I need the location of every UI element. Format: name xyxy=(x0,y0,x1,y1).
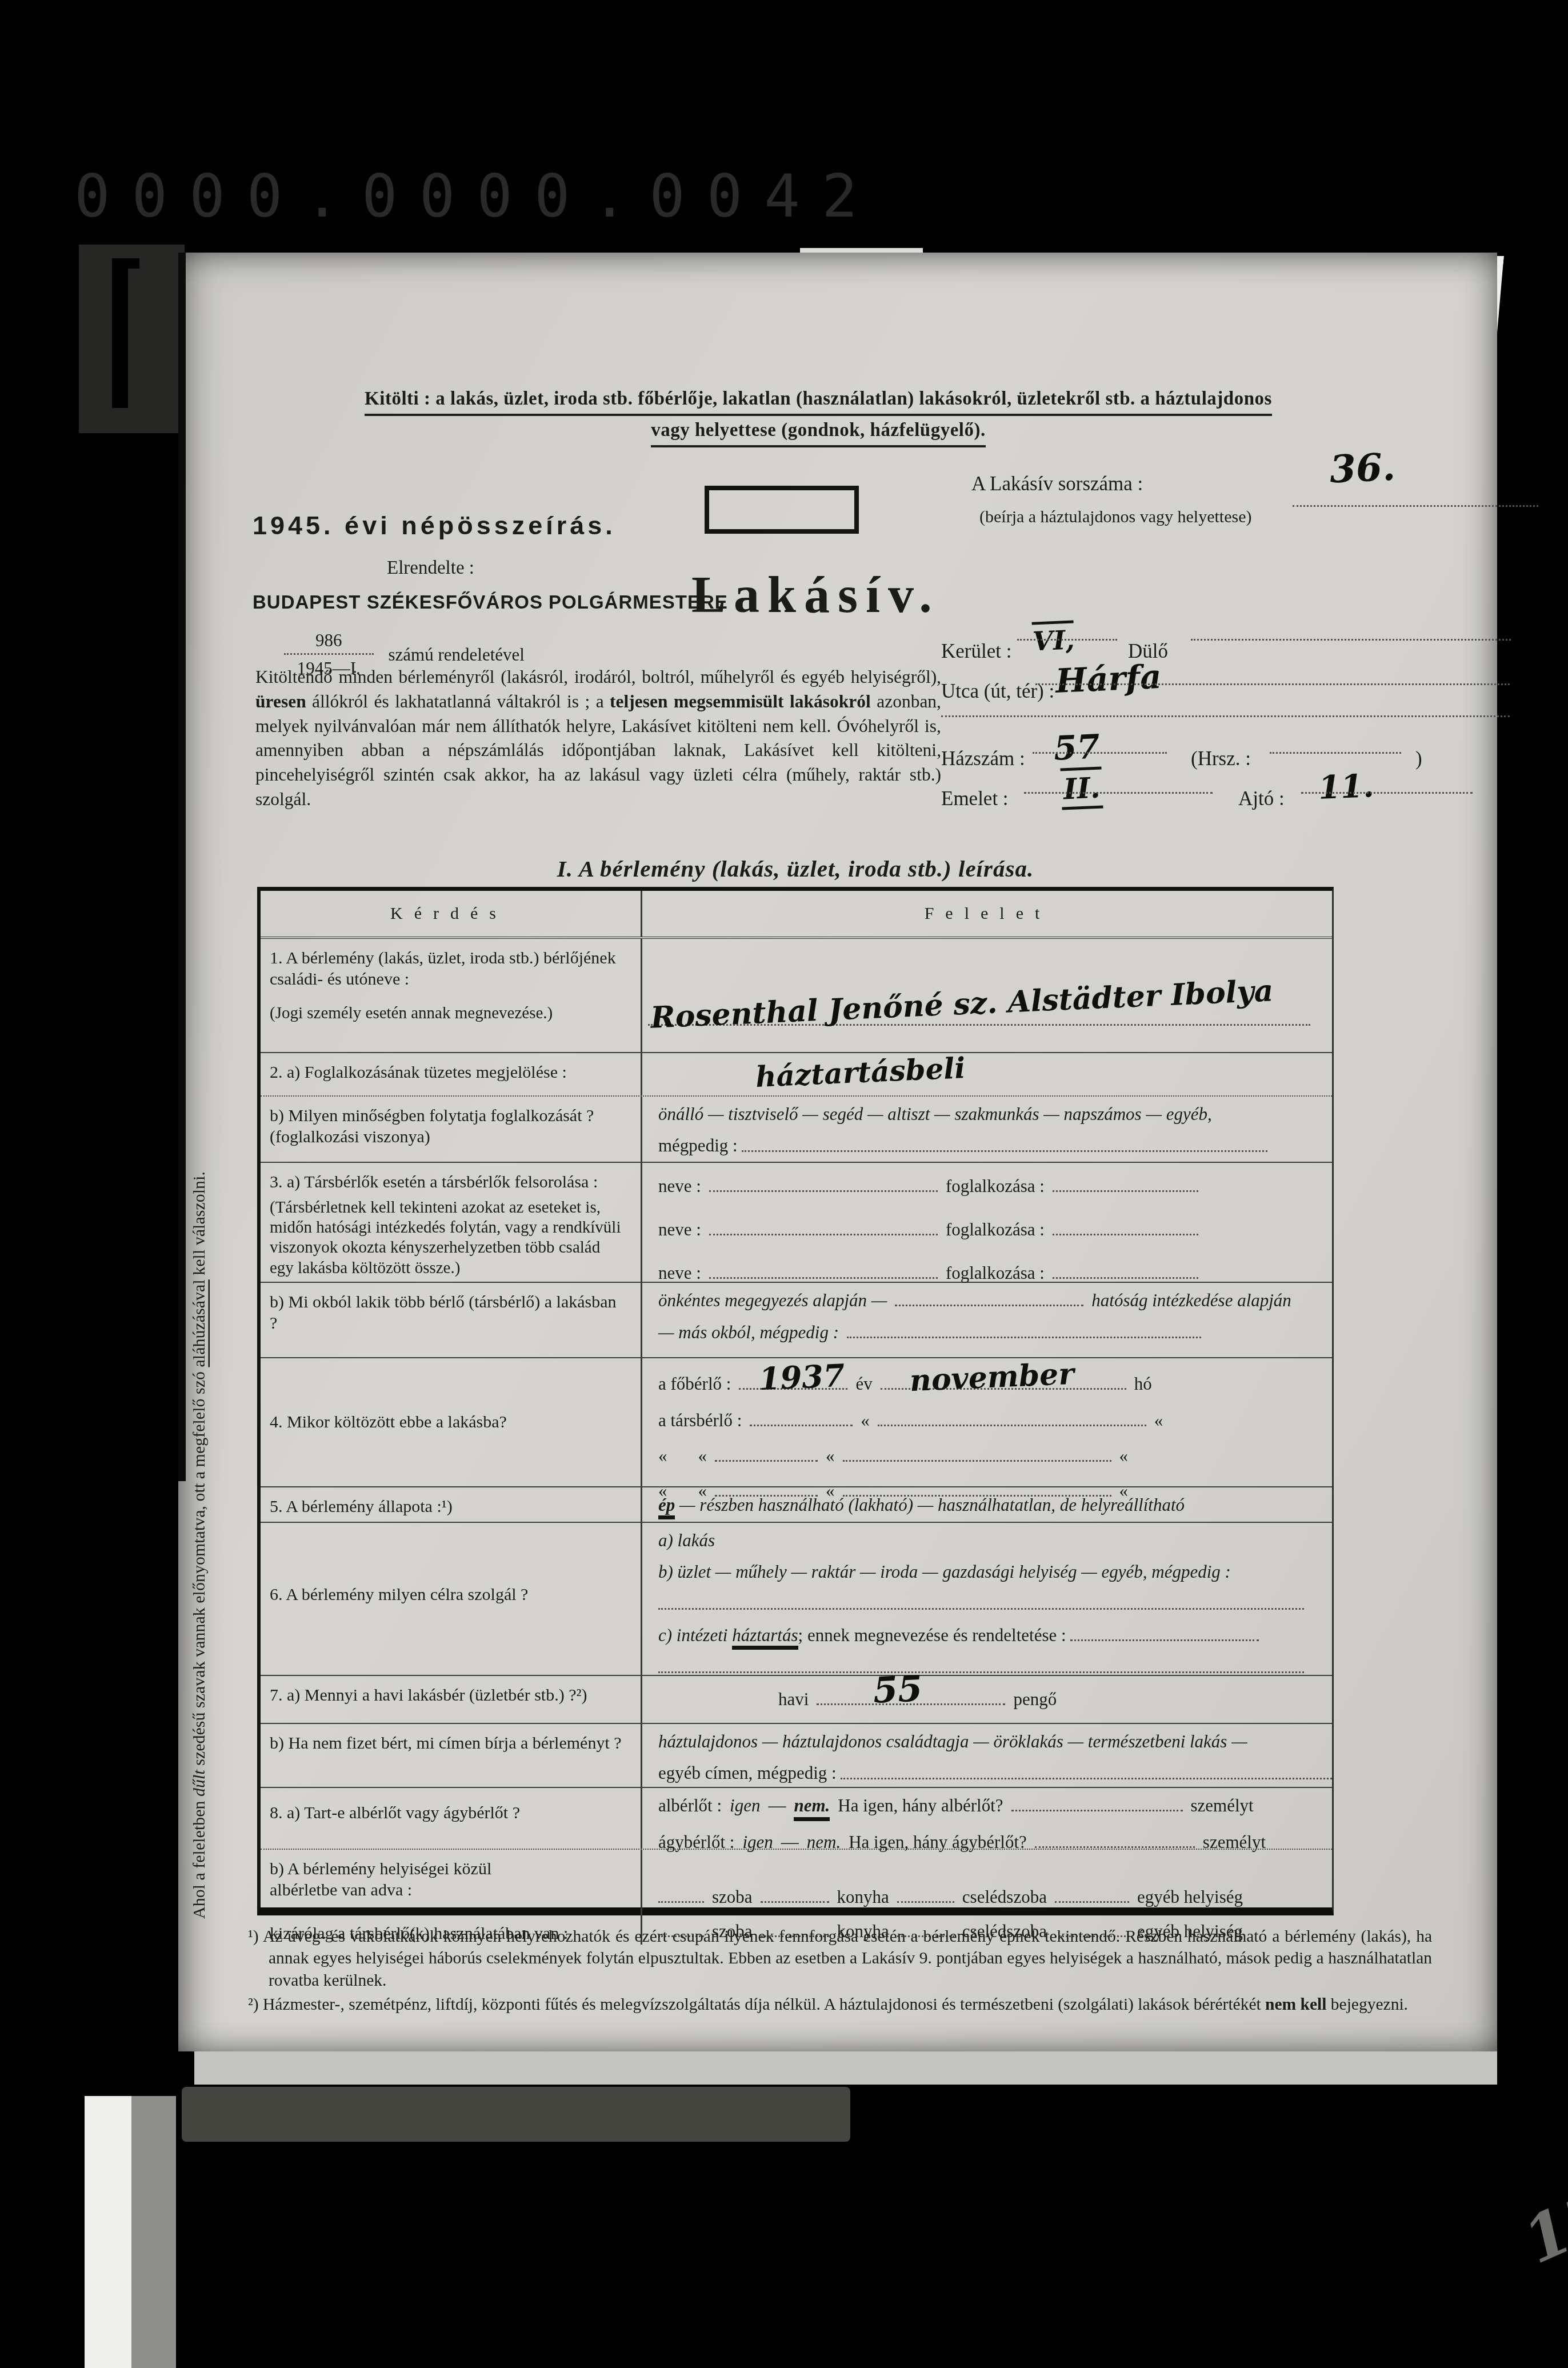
q3a-answer-cell: neve :foglalkozása : neve :foglalkozása … xyxy=(642,1163,1332,1282)
q4-row3-dotted-2 xyxy=(843,1445,1111,1461)
pencil-mark: 12 xyxy=(1513,2175,1568,2278)
q3b-dotted-1 xyxy=(895,1290,1083,1306)
q6-option-c-post: ; ennek megnevezése és rendeltetése : xyxy=(798,1625,1066,1645)
q1-label: 1. A bérlemény (lakás, üzlet, iroda stb.… xyxy=(270,948,628,990)
q8b-d1c xyxy=(897,1886,954,1903)
q8a-answer-cell: albérlőt :igen—nem.Ha igen, hány albérlő… xyxy=(642,1788,1332,1849)
house-dotted-line xyxy=(1033,745,1167,754)
q3b-option2: hatóság intézkedése alapján xyxy=(1091,1290,1291,1311)
q8b-konyha-1: konyha xyxy=(837,1886,889,1907)
q3a-dotted-1a xyxy=(709,1175,938,1192)
q3a-neve-label-3: neve : xyxy=(658,1262,701,1283)
answer-column-header: Felelet xyxy=(642,891,1332,937)
margin-note-part3: kell válaszolni. xyxy=(190,1171,209,1279)
q8a-label: 8. a) Tart-e albérlőt vagy ágybérlőt ? xyxy=(270,1803,628,1824)
door-dotted-line xyxy=(1301,785,1473,794)
q7b-cell: b) Ha nem fizet bért, mi címen bírja a b… xyxy=(261,1724,642,1787)
q7b-options: háztulajdonos — háztulajdonos családtagj… xyxy=(658,1731,1332,1752)
q2a-cell: 2. a) Foglalkozásának tüzetes megjelölés… xyxy=(261,1053,642,1095)
q8a-alberlot-label: albérlőt : xyxy=(658,1795,722,1816)
question-answer-table: Kérdés Felelet 1. A bérlemény (lakás, üz… xyxy=(257,887,1334,1915)
q2a-answer-handwriting: háztartásbeli xyxy=(755,1051,966,1094)
q7a-answer-cell: havi 55 pengő xyxy=(642,1676,1332,1723)
q5-label: 5. A bérlemény állapota :¹) xyxy=(270,1497,628,1518)
q8a-dotted-1 xyxy=(1011,1795,1183,1811)
form-sheet: Kitölti : a lakás, üzlet, iroda stb. főb… xyxy=(178,253,1497,2051)
header-note-line1: Kitölti : a lakás, üzlet, iroda stb. főb… xyxy=(365,389,1272,416)
q8b-d1b xyxy=(761,1886,829,1903)
q3a-neve-label-1: neve : xyxy=(658,1175,701,1197)
footnote-2-bold: nem kell xyxy=(1265,1995,1326,2014)
q2a-label: 2. a) Foglalkozásának tüzetes megjelölés… xyxy=(270,1062,628,1083)
q4-month-handwriting: november xyxy=(909,1357,1075,1399)
floor-dotted-line xyxy=(1024,785,1213,794)
q6-dotted-c xyxy=(1070,1625,1259,1641)
q2a-row: 2. a) Foglalkozásának tüzetes megjelölés… xyxy=(261,1053,1332,1097)
q8b-egyeb-1: egyéb helyiség xyxy=(1137,1886,1243,1907)
margin-note-vertical: Ahol a feleletben dűlt szedésű szavak va… xyxy=(190,890,227,1919)
q7b-answer-cell: háztulajdonos — háztulajdonos családtagj… xyxy=(642,1724,1347,1787)
q8b-cseledszoba-1: cselédszoba xyxy=(962,1886,1047,1907)
page-edge-shadow xyxy=(178,253,186,1481)
footnote-2-text: ²) Házmester-, szemétpénz, liftdíj, közp… xyxy=(248,1995,1265,2014)
serial-number-value: 36. xyxy=(1329,445,1396,492)
stamp-box xyxy=(705,486,859,534)
dulo-dotted-line xyxy=(1191,632,1511,641)
q4-row3-dotted-1 xyxy=(715,1445,818,1461)
q4-cell: 4. Mikor költözött ebbe a lakásba? xyxy=(261,1358,642,1486)
q7a-rent-handwriting: 55 xyxy=(873,1667,923,1712)
table-header-row: Kérdés Felelet xyxy=(261,891,1332,939)
q3a-neve-label-2: neve : xyxy=(658,1219,701,1240)
q4-ditto-2d: « xyxy=(1119,1445,1129,1466)
question-column-header: Kérdés xyxy=(261,891,642,937)
q7b-egyeb-label: egyéb címen, mégpedig : xyxy=(658,1763,837,1783)
q3a-dotted-2a xyxy=(709,1219,938,1235)
q7b-label: b) Ha nem fizet bért, mi címen bírja a b… xyxy=(270,1733,628,1754)
q4-ho-label: hó xyxy=(1134,1373,1152,1394)
instructions-part2: állókról és lakhatatlanná váltakról is ;… xyxy=(306,691,610,711)
district-label: Kerület : xyxy=(941,640,1011,663)
margin-note-italic: dűlt xyxy=(190,1770,209,1797)
q4-ditto-2a: « xyxy=(658,1445,667,1466)
door-label: Ajtó : xyxy=(1238,787,1285,810)
q5-selected-option: ép xyxy=(658,1495,675,1519)
q1-cell: 1. A bérlemény (lakás, üzlet, iroda stb.… xyxy=(261,939,642,1052)
header-note-line2: vagy helyettese (gondnok, házfelügyelő). xyxy=(651,420,986,447)
q4-answer-cell: a főbérlő : 1937 év november hó a társbé… xyxy=(642,1358,1332,1486)
q5-cell: 5. A bérlemény állapota :¹) xyxy=(261,1487,642,1522)
q1-row: 1. A bérlemény (lakás, üzlet, iroda stb.… xyxy=(261,939,1332,1053)
address-separator-line xyxy=(941,709,1510,717)
torn-paper-band xyxy=(182,2087,850,2142)
q6-answer-cell: a) lakás b) üzlet — műhely — raktár — ir… xyxy=(642,1523,1332,1675)
q8a-question-1: Ha igen, hány albérlőt? xyxy=(838,1795,1003,1816)
q2b-megpedig-label: mégpedig : xyxy=(658,1136,738,1156)
q1-sublabel: (Jogi személy esetén annak megnevezése.) xyxy=(270,1003,628,1023)
q3a-fogl-label-3: foglalkozása : xyxy=(946,1262,1045,1283)
q3a-fogl-label-1: foglalkozása : xyxy=(946,1175,1045,1197)
q3b-option1: önkéntes megegyezés alapján — xyxy=(658,1290,887,1311)
q3a-label: 3. a) Társbérlők esetén a társbérlők fel… xyxy=(270,1172,628,1193)
q1-answer-cell: Rosenthal Jenőné sz. Alstädter Ibolya xyxy=(642,939,1332,1052)
q8b-d1a xyxy=(658,1886,704,1903)
q8b-szoba-1: szoba xyxy=(712,1886,753,1907)
header-note: Kitölti : a lakás, üzlet, iroda stb. főb… xyxy=(201,390,1435,440)
q3a-row: 3. a) Társbérlők esetén a társbérlők fel… xyxy=(261,1163,1332,1283)
q3a-dotted-3b xyxy=(1053,1262,1198,1278)
q4-ev-label: év xyxy=(855,1373,872,1394)
q5-options: — részben használható (lakható) — haszná… xyxy=(679,1495,1185,1515)
q4-ditto-1b: « xyxy=(1154,1410,1163,1431)
q4-row: 4. Mikor költözött ebbe a lakásba? a főb… xyxy=(261,1358,1332,1487)
q6-option-b: b) üzlet — műhely — raktár — iroda — gaz… xyxy=(658,1561,1317,1582)
q4-year-handwriting: 1937 xyxy=(758,1357,845,1398)
q3a-sublabel: (Társbérletnek kell tekinteni azokat az … xyxy=(270,1198,628,1279)
q3a-fogl-label-2: foglalkozása : xyxy=(946,1219,1045,1240)
film-frame-number: 0000.0000.0042 xyxy=(74,161,879,231)
q8a-cell: 8. a) Tart-e albérlőt vagy ágybérlőt ? xyxy=(261,1788,642,1849)
q8a-dash-1: — xyxy=(768,1795,786,1816)
q5-row: 5. A bérlemény állapota :¹) ép — részben… xyxy=(261,1487,1332,1523)
q2b-options: önálló — tisztviselő — segéd — altiszt —… xyxy=(658,1103,1317,1125)
q3b-dotted-2 xyxy=(847,1322,1201,1338)
q6-row: 6. A bérlemény milyen célra szolgál ? a)… xyxy=(261,1523,1332,1676)
q6-option-c-marked: háztartás xyxy=(732,1625,798,1650)
instructions-paragraph: Kitöltendő minden bérleményről (lakásról… xyxy=(255,665,941,812)
q3b-answer-cell: önkéntes megegyezés alapján —hatóság int… xyxy=(642,1283,1332,1357)
hrsz-label: (Hrsz. : xyxy=(1191,747,1251,770)
form-title: Lakásív. xyxy=(691,566,940,625)
q8a-nem-1-marked: nem. xyxy=(794,1795,830,1821)
q8a-dotted-2 xyxy=(1035,1831,1195,1848)
q3b-row: b) Mi okból lakik több bérlő (társbérlő)… xyxy=(261,1283,1332,1358)
q3b-option3: — más okból, mégpedig : xyxy=(658,1322,839,1343)
q8a-szemelyt-1: személyt xyxy=(1191,1795,1254,1816)
q4-ditto-1a: « xyxy=(861,1410,870,1431)
serial-label: A Lakásív sorszáma : xyxy=(971,473,1143,495)
q8b-d1d xyxy=(1055,1886,1129,1903)
q2b-cell: b) Milyen minőségben folytatja foglalkoz… xyxy=(261,1097,642,1162)
house-number-label: Házszám : xyxy=(941,747,1025,770)
hrsz-dotted-line xyxy=(1270,745,1401,754)
section1-title: I. A bérlemény (lakás, üzlet, iroda stb.… xyxy=(258,855,1333,882)
q7a-row: 7. a) Mennyi a havi lakásbér (üzletbér s… xyxy=(261,1676,1332,1724)
q3a-dotted-3a xyxy=(709,1262,938,1278)
q3a-cell: 3. a) Társbérlők esetén a társbérlők fel… xyxy=(261,1163,642,1282)
q4-fo-label: a főbérlő : xyxy=(658,1373,731,1394)
serial-note: (beírja a háztulajdonos vagy helyettese) xyxy=(979,507,1251,527)
q7a-label: 7. a) Mennyi a havi lakásbér (üzletbér s… xyxy=(270,1685,628,1706)
q2a-answer-cell: háztartásbeli xyxy=(642,1053,1332,1095)
margin-note-part2: szedésű szavak vannak előnyomtatva, ott … xyxy=(190,1367,209,1770)
film-strip-gray xyxy=(131,2096,176,2368)
q3a-dotted-2b xyxy=(1053,1219,1198,1235)
q7a-havi-label: havi xyxy=(778,1689,809,1710)
district-dotted-line xyxy=(1017,632,1117,641)
floor-label: Emelet : xyxy=(941,787,1009,810)
q8a-igen-1: igen xyxy=(730,1795,760,1816)
q4-ditto-2c: « xyxy=(826,1445,835,1466)
q2b-dotted-line xyxy=(742,1135,1267,1151)
film-bracket-mark-left xyxy=(112,258,139,408)
q6-dotted-1 xyxy=(658,1593,1304,1609)
q6-option-a: a) lakás xyxy=(658,1530,1317,1551)
hrsz-close-paren: ) xyxy=(1415,747,1422,770)
margin-note-part1: Ahol a feleletben xyxy=(190,1797,209,1919)
instructions-bold2: teljesen megsemmisült lakásokról xyxy=(610,691,871,711)
q4-tars-label: a társbérlő : xyxy=(658,1410,742,1431)
q7a-pengo-label: pengő xyxy=(1013,1689,1057,1710)
q8b-label1: b) A bérlemény helyiségei közül albérlet… xyxy=(270,1859,538,1901)
q2b-answer-cell: önálló — tisztviselő — segéd — altiszt —… xyxy=(642,1097,1332,1162)
q7a-cell: 7. a) Mennyi a havi lakásbér (üzletbér s… xyxy=(261,1676,642,1723)
q6-cell: 6. A bérlemény milyen célra szolgál ? xyxy=(261,1523,642,1675)
q3b-label: b) Mi okból lakik több bérlő (társbérlő)… xyxy=(270,1292,628,1334)
q7b-row: b) Ha nem fizet bért, mi címen bírja a b… xyxy=(261,1724,1332,1788)
footnote-2-end: bejegyezni. xyxy=(1326,1995,1408,2014)
q4-tars-dotted-1 xyxy=(750,1410,853,1426)
footnotes: ¹) Az üveg- és vakolatkárok könnyen hely… xyxy=(248,1926,1432,2015)
q4-ditto-2b: « xyxy=(698,1445,707,1466)
q4-label: 4. Mikor költözött ebbe a lakásba? xyxy=(270,1412,628,1433)
q5-answer-cell: ép — részben használható (lakható) — has… xyxy=(642,1487,1332,1522)
q2b-label: b) Milyen minőségben folytatja foglalkoz… xyxy=(270,1106,628,1147)
q3a-dotted-1b xyxy=(1053,1175,1198,1192)
margin-note-underlined: aláhúzásával xyxy=(190,1279,209,1367)
serial-dotted-line xyxy=(1293,498,1538,507)
instructions-bold1: üresen xyxy=(255,691,306,711)
decree-number: 986 xyxy=(284,630,374,653)
instructions-part1: Kitöltendő minden bérleményről (lakásról… xyxy=(255,667,941,687)
q6-option-c-pre: c) intézeti xyxy=(658,1625,727,1645)
film-strip-white xyxy=(85,2096,131,2368)
q4-tars-dotted-2 xyxy=(878,1410,1146,1426)
footnote-2: ²) Házmester-, szemétpénz, liftdíj, közp… xyxy=(248,1994,1432,2015)
q3b-cell: b) Mi okból lakik több bérlő (társbérlő)… xyxy=(261,1283,642,1357)
page-below-edge xyxy=(194,2051,1497,2085)
q8a-row: 8. a) Tart-e albérlőt vagy ágybérlőt ? a… xyxy=(261,1788,1332,1850)
q6-label: 6. A bérlemény milyen célra szolgál ? xyxy=(270,1585,628,1606)
footnote-1: ¹) Az üveg- és vakolatkárok könnyen hely… xyxy=(248,1926,1432,1991)
street-dotted-line xyxy=(1035,677,1510,685)
q7b-dotted xyxy=(841,1762,1332,1779)
q6-dotted-2 xyxy=(658,1657,1304,1673)
decree-suffix: számú rendeletével xyxy=(389,645,525,665)
q1-answer-handwriting: Rosenthal Jenőné sz. Alstädter Ibolya xyxy=(650,973,1274,1036)
q2b-row: b) Milyen minőségben folytatja foglalkoz… xyxy=(261,1097,1332,1163)
